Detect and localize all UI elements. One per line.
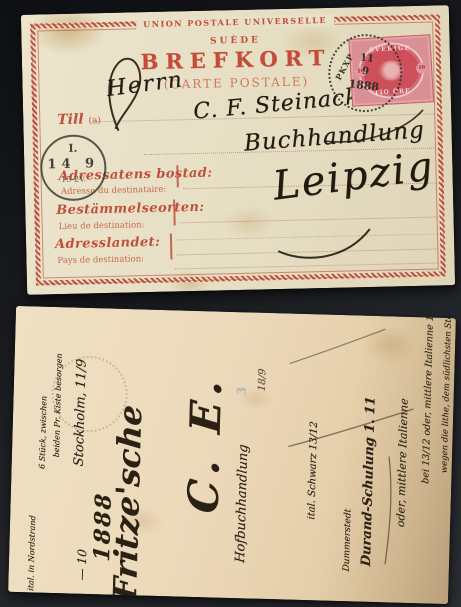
arrival-date: 14 9: [42, 156, 104, 172]
blue-crayon-mark: 3: [235, 379, 295, 397]
arrival-time: 15-2V.: [43, 174, 105, 184]
field-label-french: Pays de destination:: [57, 254, 144, 266]
postcard-back: wegen die lithe, dem südlichsten Stellen…: [8, 306, 456, 604]
stamp-numeral-right: 10: [416, 62, 428, 74]
message-column: Dummerstedt: [342, 508, 354, 572]
field-label-french: Lieu de destination:: [59, 220, 145, 232]
message-column: ital. in Nordstrand: [26, 515, 37, 591]
photo-scene: UNION POSTALE UNIVERSELLE SUÈDE BREFKORT…: [0, 0, 461, 607]
message-dateline: Stockholm, 11/9: [72, 358, 90, 467]
postcard-front: UNION POSTALE UNIVERSELLE SUÈDE BREFKORT…: [21, 5, 455, 295]
message-year: 1888: [89, 491, 117, 563]
message-column: beiden Pr. Kiste besorgen: [52, 353, 64, 458]
to-label-text: Till: [57, 111, 84, 128]
signature-word: Hofbuchhandlung: [233, 444, 251, 564]
message-column: 6 Stück, zwischen: [38, 395, 49, 469]
message-column: oder, mittlere Italienne: [394, 398, 411, 528]
message-number-mark: — 10: [74, 549, 89, 581]
field-label-swedish: Adresslandet:: [55, 235, 160, 252]
message-column: bei 13/12 oder, mittlere Italienne 1.11 …: [420, 306, 436, 484]
arrival-ring-number: I.: [42, 141, 104, 155]
message-column: wegen die lithe, dem südlichsten Stellen…: [440, 306, 455, 474]
message-column: ital. Schwarz 13/12: [306, 421, 320, 520]
signature-initials: C. E.: [178, 372, 231, 515]
message-column: Durand-Schulung 1. 11: [359, 396, 379, 567]
to-label: Till (a): [57, 111, 101, 128]
